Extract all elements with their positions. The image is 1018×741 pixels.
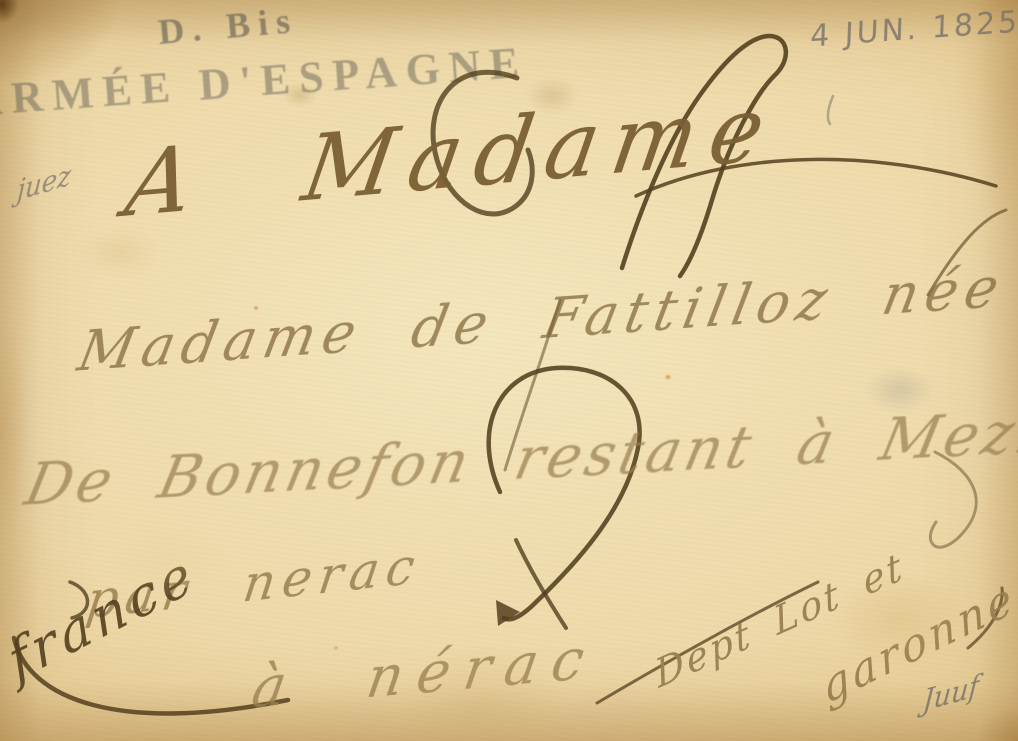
pencil-date-annotation: 4 JUN. 1825 xyxy=(810,5,1018,55)
pencil-tick xyxy=(828,96,833,124)
address-line-maiden-name-town: De Bonnefon restant à Mezin xyxy=(20,400,1018,514)
letter-cover: D. Bis ARMÉE D'ESPAGNE 4 JUN. 1825 juez … xyxy=(0,0,1018,741)
tax-mark-arrowhead xyxy=(496,600,520,626)
address-line-destination: à nérac xyxy=(248,630,602,717)
address-line-name: Madame de Fattilloz née xyxy=(74,259,1010,380)
tax-mark-cross-stroke xyxy=(516,540,566,628)
postmark-d-bis: D. Bis xyxy=(157,2,300,50)
pencil-expert-signature-right: Juuf xyxy=(922,672,980,717)
pencil-expert-signature-left: juez xyxy=(16,161,72,205)
tax-mark-numeral xyxy=(489,368,640,620)
